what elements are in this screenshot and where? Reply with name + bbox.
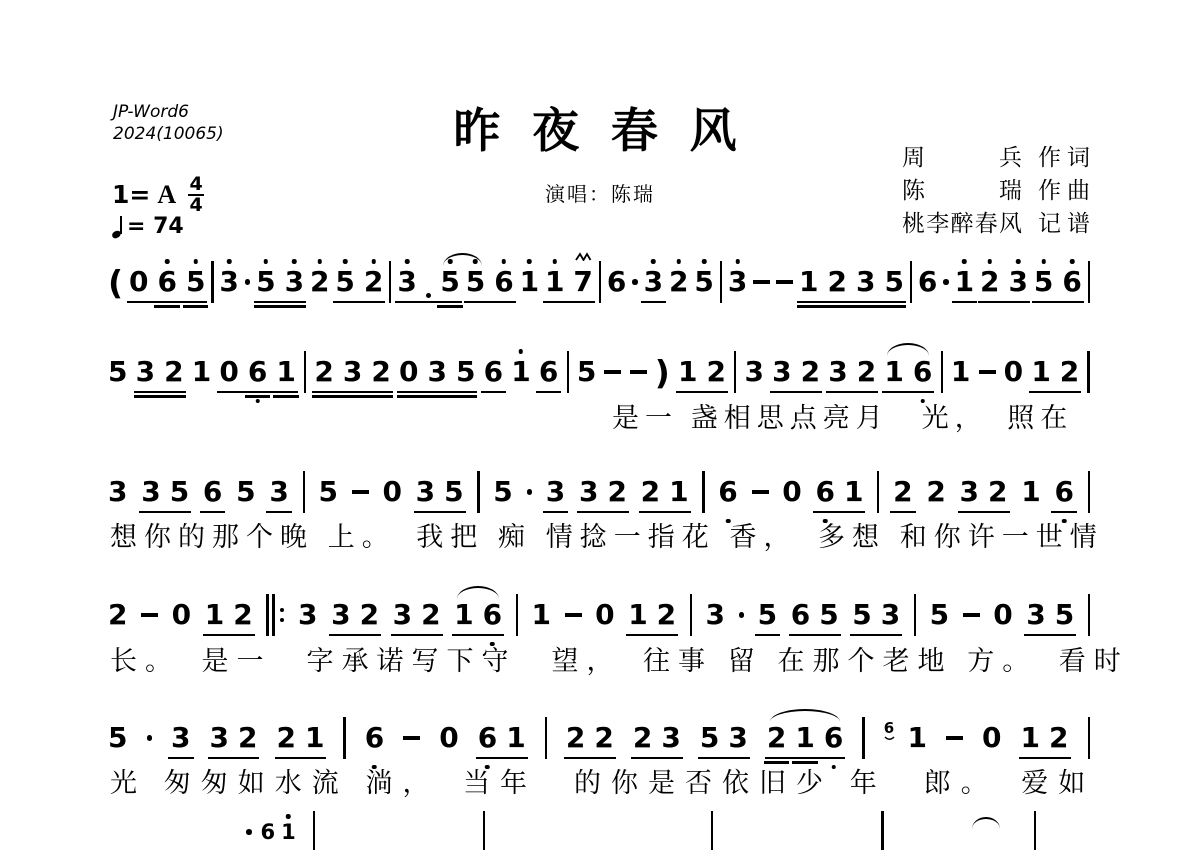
note-digit: 1 (951, 356, 970, 388)
note-digit: 1 (908, 722, 927, 754)
note-digit: 3 (219, 266, 238, 298)
beam-group: 21 (641, 476, 689, 508)
note-digit: 1 (1031, 356, 1050, 388)
music-line-5: 533221606122235321661012 (108, 716, 1090, 760)
beam-group: 12 (1031, 356, 1079, 388)
beam-underline (1051, 511, 1076, 513)
beam-line (476, 757, 528, 759)
octave-dot-above (962, 259, 967, 264)
note-digit: 5 (319, 476, 338, 508)
note-6: 6 (203, 476, 222, 508)
note-digit: 5 (700, 722, 719, 754)
note-digit: 2 (827, 266, 846, 298)
duration-dash (630, 370, 647, 374)
note-digit: 5 (335, 266, 354, 298)
octave-dot-above (343, 259, 348, 264)
note-5: 5 (186, 266, 205, 298)
note-1: 1 (908, 722, 927, 754)
note-digit: 2 (314, 356, 333, 388)
note-digit: 1 (511, 356, 530, 388)
note-digit: 0 (1004, 356, 1023, 388)
note-3: 3 (745, 356, 764, 388)
beam-line (978, 301, 1030, 303)
octave-dot-above (735, 259, 740, 264)
note-digit: 6 (261, 820, 276, 844)
note-6: 6 (1062, 266, 1081, 298)
note-6: 6 (718, 476, 737, 508)
beam-group: 52 (335, 266, 383, 298)
beam-group: 32 (828, 356, 876, 388)
note-digit: 5 (440, 266, 459, 298)
credit-role: 作曲 (1038, 174, 1090, 207)
duration-dash (752, 490, 769, 494)
note-1: 1 (669, 476, 688, 508)
note-digit: 1 (844, 476, 863, 508)
note-5: 5 (884, 266, 903, 298)
note-digit: 1 (506, 722, 525, 754)
note-digit: 3 (427, 356, 446, 388)
augmentation-dot (147, 735, 153, 741)
beam-group: 61 (478, 722, 526, 754)
beam-group: 12 (205, 599, 253, 631)
credit-name: 陈瑞 (902, 174, 1022, 207)
note-digit: 3 (706, 599, 725, 631)
beam-line (626, 634, 678, 636)
barline (303, 471, 305, 513)
octave-dot-above (371, 259, 376, 264)
beam-group: 16 (454, 599, 502, 631)
note-digit: 3 (210, 722, 229, 754)
note-digit: 2 (988, 476, 1007, 508)
barline (304, 351, 306, 393)
note-digit: 6 (815, 476, 834, 508)
note-digit: 6 (918, 266, 937, 298)
note-1: 1 (506, 722, 525, 754)
note-digit: 3 (108, 476, 127, 508)
barline (545, 717, 547, 759)
note-digit: 1 (795, 722, 814, 754)
note-digit: 1 (1021, 722, 1040, 754)
beam-group: 061 (219, 356, 295, 388)
note-3: 3 (331, 599, 350, 631)
note-digit: 6 (484, 356, 503, 388)
beam-underline (481, 391, 506, 393)
note-digit: 6 (483, 599, 502, 631)
note-1: 1 (205, 599, 224, 631)
note-1: 1 (1021, 476, 1040, 508)
note-digit: 5 (1055, 599, 1074, 631)
beam-group: 35 (397, 266, 459, 298)
grace-note: 6 (884, 721, 895, 741)
note-5: 5 (108, 722, 127, 754)
note-2: 2 (238, 722, 257, 754)
note-digit: 0 (782, 476, 801, 508)
beam-line (826, 391, 878, 393)
note-digit: 2 (360, 599, 379, 631)
note-3: 3 (393, 599, 412, 631)
barline (313, 811, 315, 850)
note-5: 5 (236, 476, 255, 508)
note-digit: 2 (364, 266, 383, 298)
note-digit: 3 (393, 599, 412, 631)
note-1: 1 (281, 820, 296, 844)
beam-group: 53 (852, 599, 900, 631)
note-digit: 5 (444, 476, 463, 508)
note-3: 3 (644, 266, 663, 298)
barline (877, 471, 879, 513)
note-5: 5 (493, 476, 512, 508)
note-digit: 3 (331, 599, 350, 631)
note-digit: 1 (884, 356, 903, 388)
time-signature-numerator: 4 (190, 176, 203, 193)
beam-underline (764, 761, 789, 763)
note-5: 5 (930, 599, 949, 631)
beam-group: 32 (579, 476, 627, 508)
note-6: 6 (824, 722, 843, 754)
note-digit: 3 (269, 476, 288, 508)
beam-line (1032, 301, 1084, 303)
note-1: 1 (1021, 722, 1040, 754)
beam-group: 53 (700, 722, 748, 754)
note-digit: 3 (828, 356, 847, 388)
note-2: 2 (633, 722, 652, 754)
barline (477, 471, 479, 513)
beam-group: 12 (678, 356, 726, 388)
note-digit: 2 (310, 266, 329, 298)
note-2: 2 (1049, 722, 1068, 754)
note-digit: 5 (852, 599, 871, 631)
beam-group: 32 (210, 722, 258, 754)
note-6: 6 (483, 599, 502, 631)
note-digit: 0 (219, 356, 238, 388)
credit-name: 周兵 (902, 141, 1022, 174)
octave-dot-above (286, 814, 291, 819)
beam-group: 216 (767, 722, 843, 754)
barline (389, 261, 391, 303)
barline (881, 811, 883, 850)
beam-group: 12 (1021, 722, 1069, 754)
note-digit: 5 (819, 599, 838, 631)
tie-arc (972, 817, 1000, 829)
octave-dot-above (264, 259, 269, 264)
note-digit: 1 (799, 266, 818, 298)
octave-dot-above (227, 259, 232, 264)
note-digit: 1 (669, 476, 688, 508)
beam-group: 12 (628, 599, 676, 631)
octave-dot-above (318, 259, 323, 264)
note-3: 3 (881, 599, 900, 631)
note-2: 2 (988, 476, 1007, 508)
beam-group: 32 (331, 599, 379, 631)
note-6: 6 (478, 722, 497, 754)
octave-dot-above (988, 259, 993, 264)
beam-group: 32 (772, 356, 820, 388)
beam-line (134, 391, 186, 393)
note-2: 2 (707, 356, 726, 388)
credit-row-3: 桃李醉春风记谱 (902, 207, 1090, 240)
note-digit: 5 (256, 266, 275, 298)
note-digit: 5 (884, 266, 903, 298)
beam-group: 56 (1034, 266, 1082, 298)
beam-line (882, 391, 934, 393)
mordent-ornament-icon (574, 252, 592, 261)
note-6: 6 (248, 356, 267, 388)
barline (734, 351, 736, 393)
note-3: 3 (960, 476, 979, 508)
beam-line (797, 301, 906, 303)
octave-dot-above (1016, 259, 1021, 264)
note-1: 1 (795, 722, 814, 754)
beam-group: 35 (1026, 599, 1074, 631)
beam-underline (168, 757, 193, 759)
beam-line (577, 511, 629, 513)
note-0: 0 (1004, 356, 1023, 388)
duration-dash (604, 370, 621, 374)
key-name: A (157, 181, 176, 209)
beam-line (333, 301, 385, 303)
note-5: 5 (577, 356, 596, 388)
beam-line-2 (254, 305, 306, 307)
note-digit: 2 (1060, 356, 1079, 388)
note-digit: 5 (236, 476, 255, 508)
beam-line (217, 391, 297, 393)
note-0: 0 (129, 266, 148, 298)
barline (211, 261, 213, 303)
note-5: 5 (758, 599, 777, 631)
duration-dash (753, 280, 770, 284)
note-digit: 5 (170, 476, 189, 508)
octave-dot-above (702, 259, 707, 264)
barline (914, 594, 916, 636)
note-2: 2 (801, 356, 820, 388)
note-2: 2 (669, 266, 688, 298)
beam-line (639, 511, 691, 513)
beam-line (397, 391, 477, 393)
note-digit: 3 (1009, 266, 1028, 298)
note-digit: 6 (791, 599, 810, 631)
note-digit: 1 (192, 356, 211, 388)
music-line-3: 33565350355332216061223216 (108, 470, 1090, 514)
octave-dot-above (651, 259, 656, 264)
beam-line (1019, 757, 1071, 759)
duration-dash (141, 613, 158, 617)
beam-group: 17 (545, 266, 593, 298)
barline (711, 811, 713, 850)
time-signature: 4 4 (188, 176, 204, 214)
beam-line (564, 757, 616, 759)
note-digit: 2 (108, 599, 127, 631)
note-3: 3 (706, 599, 725, 631)
sheet-music-page: JP-Word6 2024(10065) 昨 夜 春 风 演唱：陈瑞 1=A 4… (0, 0, 1200, 850)
note-digit: 1 (531, 599, 550, 631)
beam-group: 65 (791, 599, 839, 631)
music-line-2: 53210612320356165)1233232161012 (108, 350, 1090, 394)
note-5: 5 (335, 266, 354, 298)
note-digit: 3 (285, 266, 304, 298)
note-2: 2 (857, 356, 876, 388)
note-2: 2 (360, 599, 379, 631)
note-5: 5 (108, 356, 127, 388)
note-digit: 2 (1049, 722, 1068, 754)
note-digit: 2 (607, 476, 626, 508)
note-2: 2 (371, 356, 390, 388)
beam-line (698, 757, 750, 759)
octave-dot-above (552, 259, 557, 264)
note-3: 3 (728, 266, 747, 298)
beam-group: 21 (277, 722, 325, 754)
note-digit: 3 (960, 476, 979, 508)
beam-underline (273, 395, 298, 397)
note-1: 1 (454, 599, 473, 631)
barline (516, 594, 518, 636)
note-3: 3 (416, 476, 435, 508)
note-digit: 1 (305, 722, 324, 754)
note-digit: 3 (546, 476, 565, 508)
octave-dot-above (1070, 259, 1075, 264)
duration-dash (352, 490, 369, 494)
note-digit: 1 (955, 266, 974, 298)
note-digit: 3 (772, 356, 791, 388)
note-6: 6 (815, 476, 834, 508)
music-line-1: (0653532523556117632531235612356 (108, 260, 1090, 304)
note-2: 2 (314, 356, 333, 388)
note-3: 3 (343, 356, 362, 388)
credit-name: 桃李醉春风 (902, 207, 1022, 240)
note-digit: 5 (456, 356, 475, 388)
note-digit: 5 (108, 356, 127, 388)
note-digit: 3 (745, 356, 764, 388)
note-1: 1 (884, 356, 903, 388)
beam-line (765, 757, 845, 759)
note-digit: 5 (577, 356, 596, 388)
credit-role: 作词 (1038, 141, 1090, 174)
note-digit: 2 (421, 599, 440, 631)
note-3: 3 (828, 356, 847, 388)
beam-line-2 (134, 395, 186, 397)
note-2: 2 (641, 476, 660, 508)
note-6: 6 (607, 266, 626, 298)
note-3: 3 (285, 266, 304, 298)
note-2: 2 (607, 476, 626, 508)
note-digit: 2 (801, 356, 820, 388)
beam-line (127, 301, 207, 303)
duration-dash (565, 613, 582, 617)
lyrics-line-3: 长。 是一 字承诺写下守 望， 往事 留 在那个老地 方。 看时 (110, 644, 1129, 678)
note-digit: 1 (520, 266, 539, 298)
note-digit: 5 (493, 476, 512, 508)
note-1: 1 (192, 356, 211, 388)
beam-group: 16 (884, 356, 932, 388)
beam-line (464, 301, 516, 303)
note-digit: 1 (276, 356, 295, 388)
note-digit: 6 (824, 722, 843, 754)
note-1: 1 (545, 266, 564, 298)
tempo-marking: = 74 (112, 214, 184, 240)
duration-dash (963, 613, 980, 617)
beam-underline (755, 634, 780, 636)
beam-line (789, 634, 841, 636)
note-6: 6 (539, 356, 558, 388)
beam-line (208, 757, 260, 759)
note-digit: 2 (669, 266, 688, 298)
note-1: 1 (276, 356, 295, 388)
beam-underline (245, 395, 270, 397)
note-1: 1 (955, 266, 974, 298)
note-6: 6 (365, 722, 384, 754)
note-5: 5 (256, 266, 275, 298)
barline (690, 594, 692, 636)
beam-line (275, 757, 327, 759)
note-6: 6 (261, 820, 276, 844)
note-digit: 3 (397, 266, 416, 298)
note-3: 3 (661, 722, 680, 754)
barline (910, 261, 912, 303)
note-digit: 3 (856, 266, 875, 298)
note-3: 3 (546, 476, 565, 508)
note-digit: 0 (129, 266, 148, 298)
note-digit: 5 (466, 266, 485, 298)
beam-underline (183, 305, 208, 307)
beam-underline (437, 305, 462, 307)
beam-line (312, 391, 392, 393)
note-3: 3 (210, 722, 229, 754)
octave-dot-above (519, 349, 524, 354)
beam-group: 22 (566, 722, 614, 754)
note-digit: 3 (579, 476, 598, 508)
octave-dot-above (165, 259, 170, 264)
barline (483, 811, 485, 850)
note-6: 6 (1054, 476, 1073, 508)
repeat-start-barline (266, 594, 284, 636)
note-5: 5 (819, 599, 838, 631)
note-2: 2 (164, 356, 183, 388)
note-digit: 2 (566, 722, 585, 754)
tie-arc (443, 253, 482, 266)
octave-dot-above (527, 259, 532, 264)
octave-dot-above (405, 259, 410, 264)
note-digit: 3 (728, 266, 747, 298)
note-digit: 5 (758, 599, 777, 631)
note-3: 3 (772, 356, 791, 388)
note-digit: 6 (1062, 266, 1081, 298)
duration-dash (946, 736, 963, 740)
note-digit: 2 (893, 476, 912, 508)
note-digit: 2 (641, 476, 660, 508)
note-digit: 3 (171, 722, 190, 754)
note-digit: 3 (136, 356, 155, 388)
augmentation-dot (246, 829, 252, 835)
note-digit: 2 (164, 356, 183, 388)
barline (1088, 594, 1090, 636)
octave-dot-above (677, 259, 682, 264)
beam-line (254, 301, 306, 303)
note-digit: 6 (157, 266, 176, 298)
note-1: 1 (678, 356, 697, 388)
beam-line (329, 634, 381, 636)
note-digit: 2 (980, 266, 999, 298)
beam-group: 065 (129, 266, 205, 298)
barline (941, 351, 943, 393)
beam-underline (266, 511, 291, 513)
note-2: 2 (277, 722, 296, 754)
beam-line (631, 757, 683, 759)
octave-dot-above (502, 259, 507, 264)
note-digit: 2 (238, 722, 257, 754)
note-digit: 2 (657, 599, 676, 631)
note-3: 3 (579, 476, 598, 508)
beam-line (452, 634, 504, 636)
note-2: 2 (767, 722, 786, 754)
